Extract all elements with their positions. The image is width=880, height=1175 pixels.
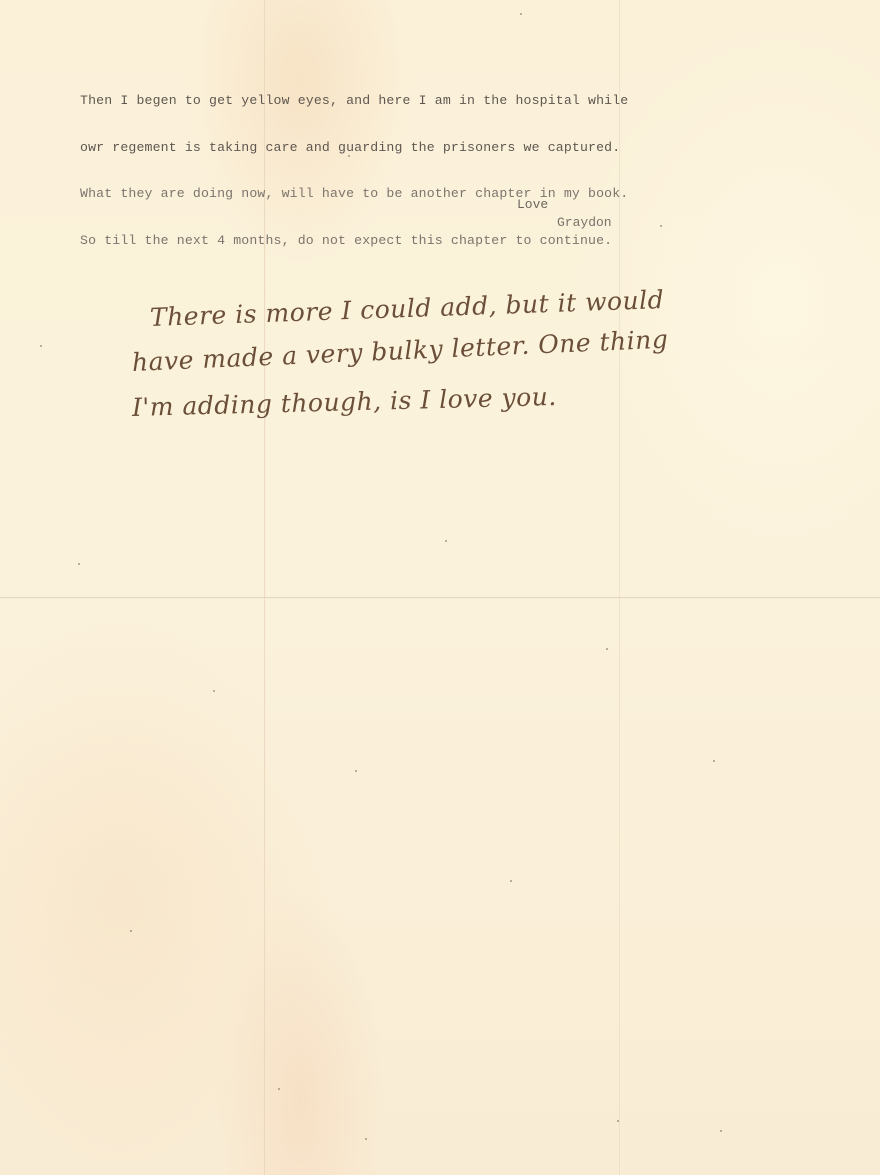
paper-speck xyxy=(355,770,357,772)
paper-speck xyxy=(606,648,608,650)
paper-speck xyxy=(213,690,215,692)
paper-speck xyxy=(660,225,662,227)
typed-letter-body: Then I begen to get yellow eyes, and her… xyxy=(80,62,628,279)
paper-speck xyxy=(278,1088,280,1090)
handwritten-postscript: There is more I could add, but it would … xyxy=(140,295,820,430)
paper-speck xyxy=(520,13,522,15)
paper-speck xyxy=(510,880,512,882)
letter-signature-name: Graydon xyxy=(557,215,612,230)
paper-speck xyxy=(617,1120,619,1122)
letter-closing: Love xyxy=(517,197,548,212)
letter-paper: Then I begen to get yellow eyes, and her… xyxy=(0,0,880,1175)
paper-speck xyxy=(445,540,447,542)
typed-line: So till the next 4 months, do not expect… xyxy=(80,233,628,249)
typed-line: Then I begen to get yellow eyes, and her… xyxy=(80,93,628,109)
paper-speck xyxy=(713,760,715,762)
paper-speck xyxy=(720,1130,722,1132)
paper-speck xyxy=(78,563,80,565)
typed-line: owr regement is taking care and guarding… xyxy=(80,140,628,156)
horizontal-fold xyxy=(0,597,880,599)
paper-speck xyxy=(130,930,132,932)
paper-speck xyxy=(40,345,42,347)
paper-speck xyxy=(365,1138,367,1140)
